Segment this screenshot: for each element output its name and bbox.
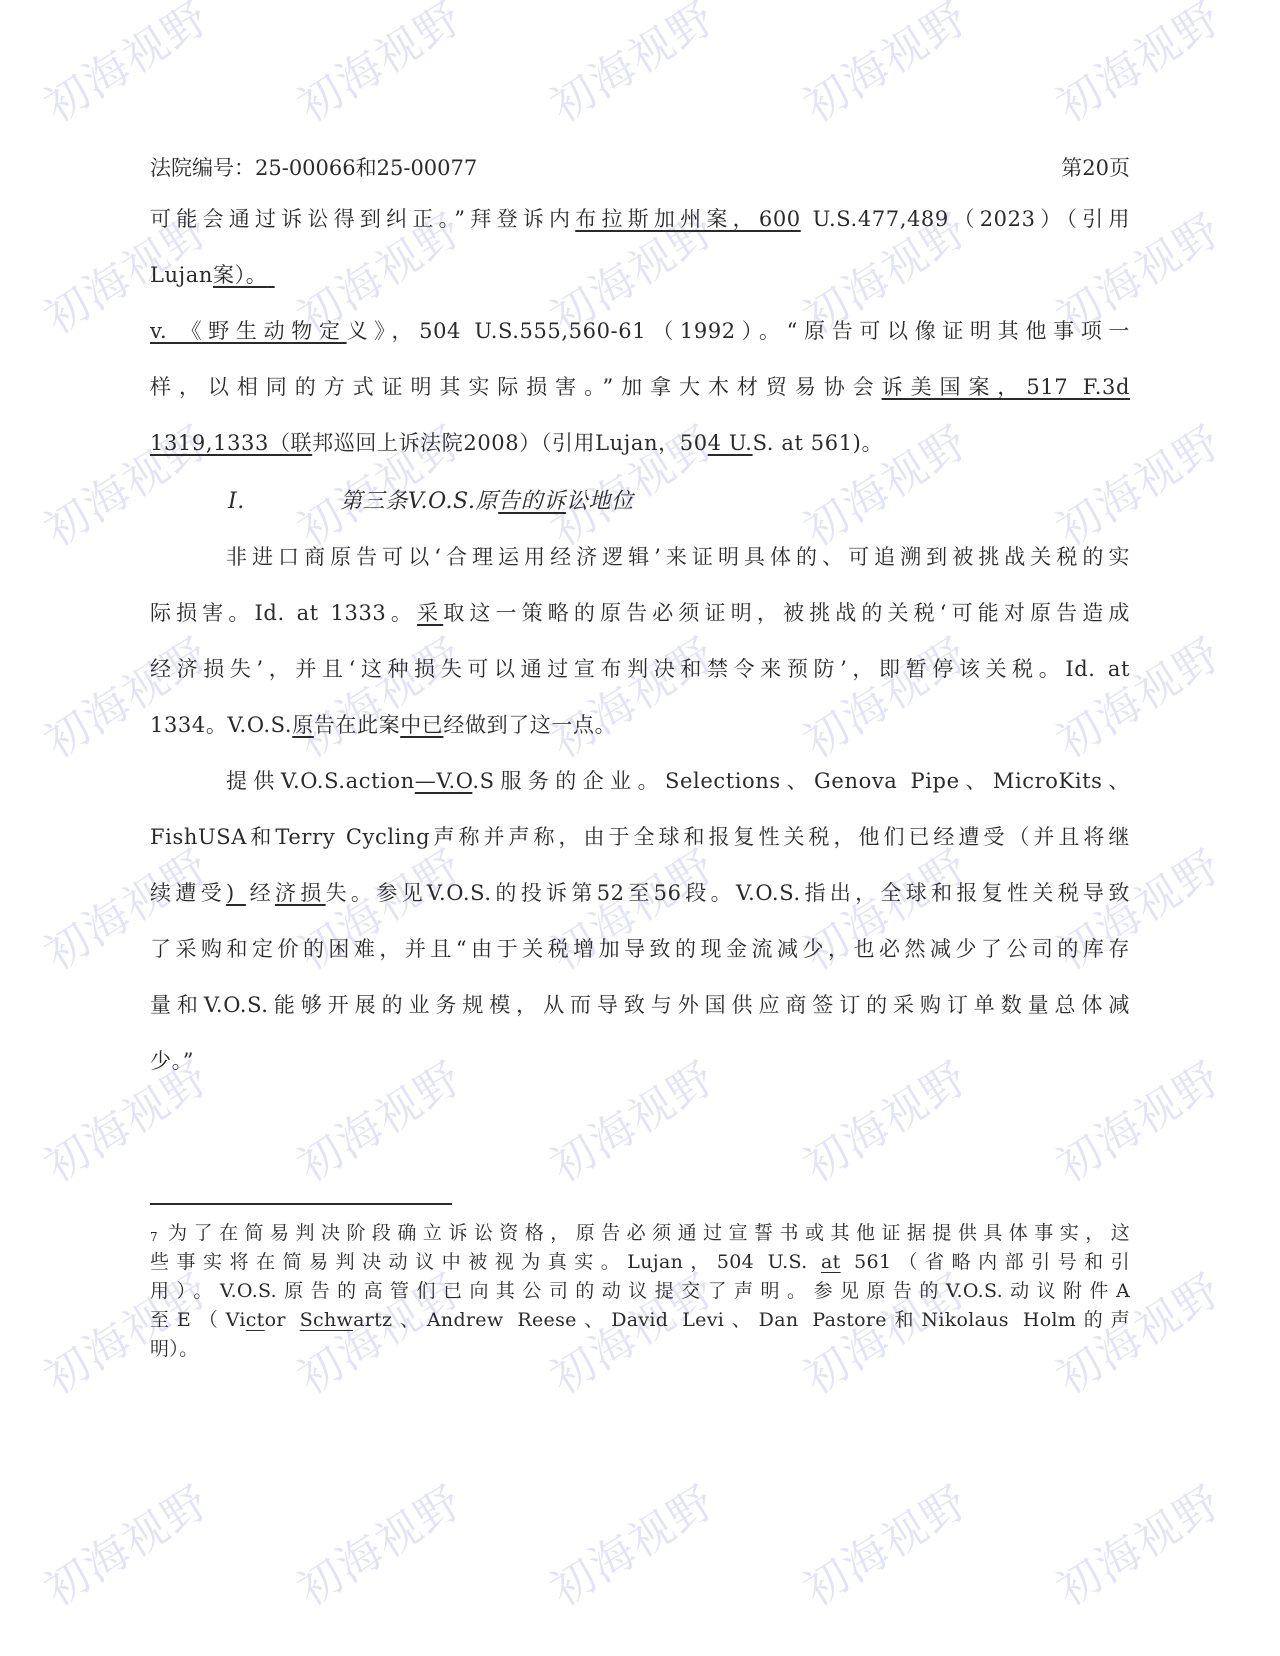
footnote-number: 7 bbox=[150, 1230, 158, 1244]
citation-link: 布拉斯加州案，600 bbox=[575, 207, 801, 231]
paragraph-2-line-6: 少。” bbox=[150, 1045, 194, 1075]
paragraph-2-line-4: 了采购和定价的困难，并且“由于关税增加导致的现金流减少，也必然减少了公司的库存 bbox=[150, 933, 1130, 963]
body-line-5: 1319,1333（联邦巡回上诉法院2008）（引用Lujan，504 U.S.… bbox=[150, 427, 883, 457]
section-heading: I. 第三条V.O.S.原告的诉讼地位 bbox=[228, 484, 634, 515]
footnote-line-1: 7为了在简易判决阶段确立诉讼资格，原告必须通过宣誓书或其他证据提供具体事实，这 bbox=[150, 1218, 1130, 1245]
watermark-text: 初海视野 bbox=[30, 0, 220, 134]
watermark-text: 初海视野 bbox=[1042, 1466, 1232, 1618]
body-line-4: 样，以相同的方式证明其实际损害。”加拿大木材贸易协会诉美国案，517 F.3d bbox=[150, 371, 1130, 401]
watermark-text: 初海视野 bbox=[283, 618, 473, 770]
footnote-line-2: 些事实将在简易判决动议中被视为真实。Lujan，504 U.S. at 561（… bbox=[150, 1247, 1130, 1274]
watermark-text: 初海视野 bbox=[1042, 618, 1232, 770]
paragraph-1-line-4: 1334。V.O.S.原告在此案中已经做到了这一点。 bbox=[150, 709, 616, 739]
body-line-1: 可能会通过诉讼得到纠正。”拜登诉内布拉斯加州案，600 U.S.477,489（… bbox=[150, 203, 1130, 233]
footnote-line-4: 至E（Victor Schwartz、Andrew Reese、David Le… bbox=[150, 1305, 1130, 1332]
watermark-text: 初海视野 bbox=[789, 1466, 979, 1618]
page-number: 第20页 bbox=[1061, 152, 1130, 182]
paragraph-1-line-1: 非进口商原告可以‘合理运用经济逻辑’来证明具体的、可追溯到被挑战关税的实 bbox=[226, 541, 1130, 571]
footnote-divider bbox=[150, 1203, 452, 1205]
paragraph-1-line-3: 经济损失’，并且‘这种损失可以通过宣布判决和禁令来预防’，即暂停该关税。Id. … bbox=[150, 653, 1130, 683]
watermark-text: 初海视野 bbox=[283, 0, 473, 134]
body-line-3: v. 《野生动物定义》，504 U.S.555,560-61（1992）。“原告… bbox=[150, 315, 1130, 345]
watermark-text: 初海视野 bbox=[283, 1466, 473, 1618]
document-page: 初海视野初海视野初海视野初海视野初海视野初海视野初海视野初海视野初海视野初海视野… bbox=[0, 0, 1280, 1656]
heading-number: I. bbox=[228, 489, 245, 514]
watermark-text: 初海视野 bbox=[789, 618, 979, 770]
watermark-text: 初海视野 bbox=[536, 618, 726, 770]
paragraph-2-line-2: FishUSA和Terry Cycling声称并声称，由于全球和报复性关税，他们… bbox=[150, 821, 1130, 851]
watermark-text: 初海视野 bbox=[1042, 0, 1232, 134]
case-number: 法院编号：25-00066和25-00077 bbox=[150, 152, 477, 182]
watermark-text: 初海视野 bbox=[283, 1042, 473, 1194]
watermark-text: 初海视野 bbox=[536, 1466, 726, 1618]
watermark-text: 初海视野 bbox=[30, 618, 220, 770]
watermark-text: 初海视野 bbox=[789, 1042, 979, 1194]
watermark-text: 初海视野 bbox=[1042, 1042, 1232, 1194]
watermark-text: 初海视野 bbox=[536, 1042, 726, 1194]
watermark-text: 初海视野 bbox=[789, 0, 979, 134]
watermark-text: 初海视野 bbox=[30, 1466, 220, 1618]
footnote-line-3: 用）。V.O.S.原告的高管们已向其公司的动议提交了声明。参见原告的V.O.S.… bbox=[150, 1276, 1130, 1303]
footnote-line-5: 明）。 bbox=[150, 1334, 198, 1361]
watermark-text: 初海视野 bbox=[1042, 406, 1232, 558]
paragraph-2-line-5: 量和V.O.S.能够开展的业务规模，从而导致与外国供应商签订的采购订单数量总体减 bbox=[150, 989, 1130, 1019]
body-line-2: Lujan案）。 bbox=[150, 259, 275, 289]
paragraph-2-line-3: 续遭受)_经济损失。参见V.O.S.的投诉第52至56段。V.O.S.指出，全球… bbox=[150, 877, 1130, 907]
citation-link: v. 《野生动物定 bbox=[150, 319, 347, 343]
watermark-text: 初海视野 bbox=[536, 0, 726, 134]
paragraph-1-line-2: 际损害。Id. at 1333。采取这一策略的原告必须证明，被挑战的关税‘可能对… bbox=[150, 597, 1130, 627]
citation-link: 诉美国案，517 F.3d bbox=[882, 375, 1130, 399]
paragraph-2-line-1: 提供V.O.S.action—V.O.S服务的企业。Selections、Gen… bbox=[226, 765, 1130, 795]
